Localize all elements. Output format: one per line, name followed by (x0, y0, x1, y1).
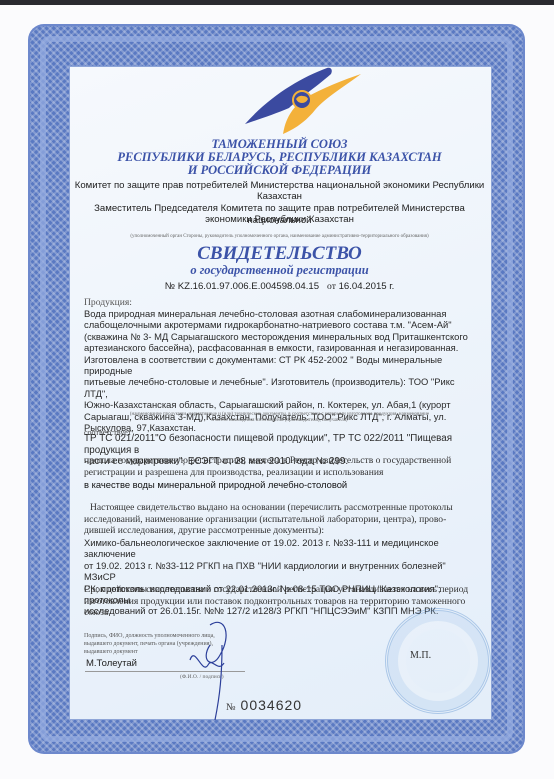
product-caption-line-2: и место нахождения изготовителя (произво… (69, 418, 490, 424)
basis-intro: Настоящее свидетельство выдано на основа… (84, 502, 479, 537)
product-line: Южно-Казахстанская область, Сарыагашский… (84, 399, 479, 410)
deputy-line-2: экономики Республики Казахстан (69, 214, 490, 226)
validity-line: изготовления продукции или поставок подк… (84, 596, 479, 608)
product-line: слабощелочными акротермами гидрокарбонат… (84, 319, 479, 330)
committee-line-2: Казахстан (69, 191, 490, 203)
compliance-line: ТР ТС 021/2011"О безопасности пищевой пр… (84, 433, 479, 456)
product-line: Изготовлена в соответствии с документами… (84, 354, 479, 377)
basis-intro-line: исследований, наименование организации (… (84, 514, 479, 526)
validity-line: Срок действия свидетельства о государств… (84, 584, 479, 596)
registration-status-text: прошла государственную регистрацию, внес… (84, 455, 479, 478)
product-line: артезианского бассейна), расфасованная в… (84, 342, 479, 353)
registration-number-prefix: № (165, 281, 175, 292)
product-line: питьевые лечебно-столовые и лечебные". И… (84, 376, 479, 399)
customs-union-title-line-3: И РОССИЙСКОЙ ФЕДЕРАЦИИ (69, 163, 490, 177)
certificate-subtitle: о государственной регистрации (69, 263, 490, 277)
product-label: Продукция: (84, 297, 479, 309)
serial-prefix: № (226, 702, 237, 713)
registration-number-line: № KZ.16.01.97.006.E.004598.04.15 от 16.0… (69, 281, 490, 293)
serial-number: 0034620 (241, 697, 303, 713)
form-serial-number: №0034620 (226, 697, 302, 713)
eurasian-customs-union-logo-icon (235, 66, 365, 136)
customs-union-title-line-2: РЕСПУБЛИКИ БЕЛАРУСЬ, РЕСПУБЛИКИ КАЗАХСТА… (69, 150, 490, 164)
product-line: Вода природная минеральная лечебно-столо… (84, 308, 479, 319)
basis-intro-line: Настоящее свидетельство выдано на основа… (84, 502, 479, 514)
registration-date: 16.04.2015 г. (339, 281, 395, 292)
registration-status-line: регистрации и разрешена для производства… (84, 467, 479, 479)
basis-intro-line: дившей исследования, другие рассмотренны… (84, 525, 479, 537)
authority-caption: (уполномоченный орган Стороны, руководит… (69, 234, 490, 240)
product-line: (скважина № 3- МД Сарыагашского месторож… (84, 331, 479, 342)
registration-number: KZ.16.01.97.006.E.004598.04.15 (178, 281, 319, 292)
customs-union-title-line-1: ТАМОЖЕННЫЙ СОЮЗ (69, 137, 490, 151)
basis-detail-line: Химико-бальнеологическое заключение от 1… (84, 537, 479, 560)
usage-purpose: в качестве воды минеральной природной ле… (84, 479, 479, 490)
basis-detail-line: от 19.02. 2013 г. №33-112 РГКП на ПХВ "Н… (84, 560, 479, 583)
registration-date-prefix: от (327, 281, 336, 292)
certificate-title: СВИДЕТЕЛЬСТВО (69, 243, 490, 265)
window-top-bar (0, 0, 554, 5)
seal-placeholder-label: М.П. (410, 650, 431, 661)
official-seal (385, 608, 491, 714)
signatory-name: М.Толеутай (86, 658, 137, 669)
registration-status-line: прошла государственную регистрацию, внес… (84, 455, 479, 467)
